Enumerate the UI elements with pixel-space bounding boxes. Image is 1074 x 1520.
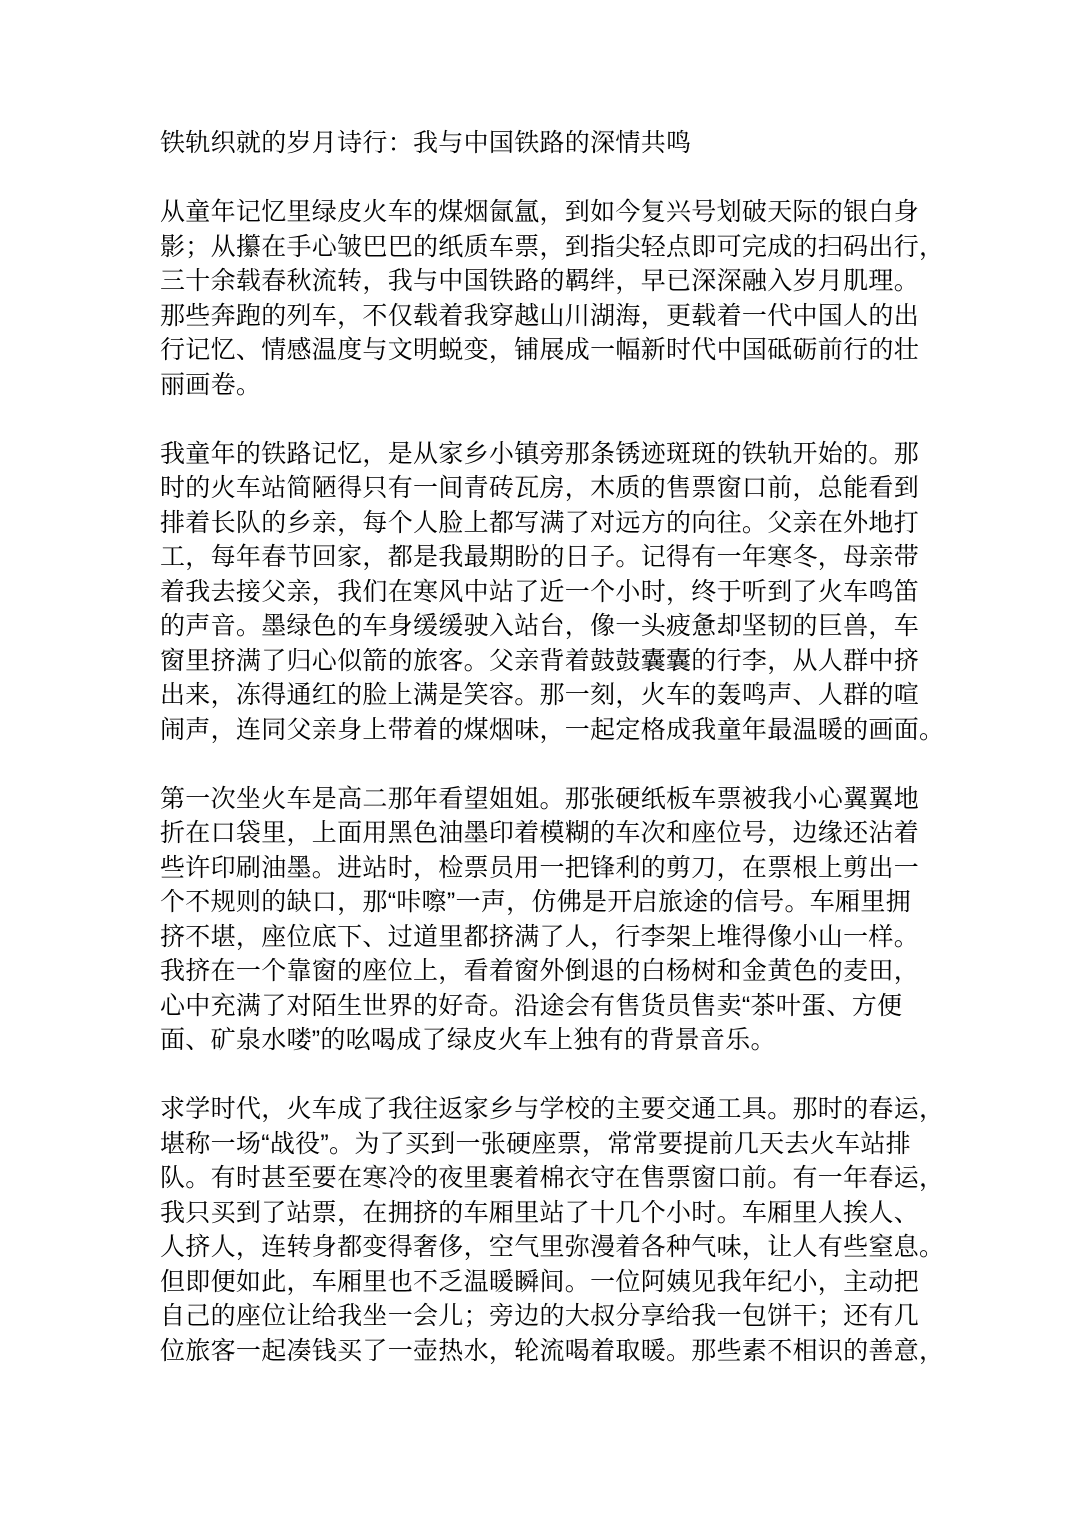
document-content: 铁轨织就的岁月诗行：我与中国铁路的深情共鸣 从童年记忆里绿皮火车的煤烟氤氲，到如… [160, 126, 950, 1368]
document-body: 从童年记忆里绿皮火车的煤烟氤氲，到如今复兴号划破天际的银白身 影；从攥在手心皱巴… [160, 195, 950, 1368]
document-title: 铁轨织就的岁月诗行：我与中国铁路的深情共鸣 [160, 126, 950, 161]
paragraph: 求学时代，火车成了我往返家乡与学校的主要交通工具。那时的春运， 堪称一场“战役”… [160, 1092, 950, 1368]
paragraph: 第一次坐火车是高二那年看望姐姐。那张硬纸板车票被我小心翼翼地 折在口袋里，上面用… [160, 782, 950, 1058]
paragraph: 从童年记忆里绿皮火车的煤烟氤氲，到如今复兴号划破天际的银白身 影；从攥在手心皱巴… [160, 195, 950, 402]
paragraph: 我童年的铁路记忆，是从家乡小镇旁那条锈迹斑斑的铁轨开始的。那 时的火车站简陋得只… [160, 437, 950, 748]
